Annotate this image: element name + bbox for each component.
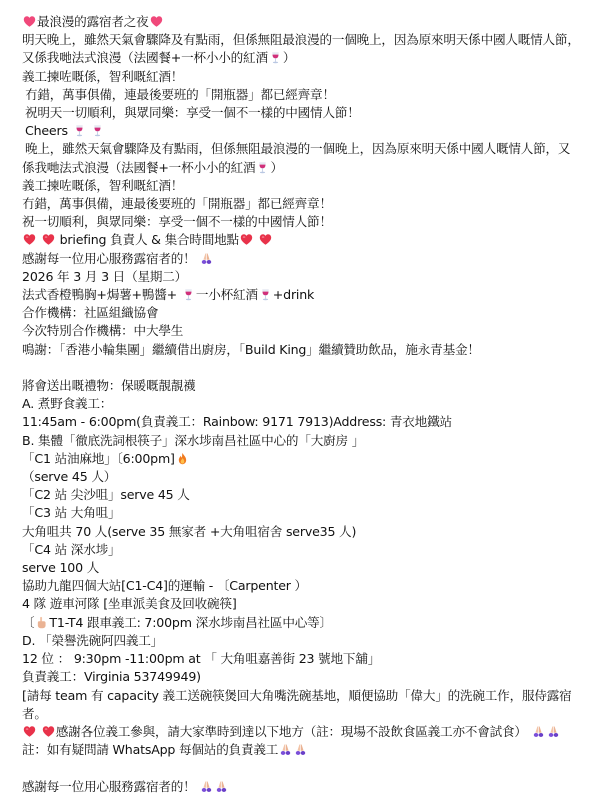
closing-thanks-line: 感謝每一位用心服務露宿者的！ bbox=[22, 778, 602, 796]
line-text: 12 位 ： 9:30pm -11:00pm at 「 大角咀嘉善街 23 號地… bbox=[22, 651, 380, 666]
line-text: 義工揀咗嘅係，智利嘅紅酒！ bbox=[22, 69, 183, 84]
pointing-hand-icon bbox=[35, 616, 48, 629]
line-text: B. 集體「徹底洗詞根筷子」深水埗南昌社區中心的「大廚房 」 bbox=[22, 433, 364, 448]
station-c4-serve: serve 100 人 bbox=[22, 559, 602, 577]
text-line: 係我哋法式浪漫（法國餐+一杯小小的紅酒） bbox=[22, 159, 602, 177]
text-line: 義工揀咗嘅係，智利嘅紅酒！ bbox=[22, 68, 602, 86]
line-text: 大角咀共 70 人(serve 35 無家者 +大角咀宿舍 serve35 人) bbox=[22, 524, 356, 539]
station-c3-serve: 大角咀共 70 人(serve 35 無家者 +大角咀宿舍 serve35 人) bbox=[22, 523, 602, 541]
section-d-heading: D. 「榮譽洗碗阿四義工」 bbox=[22, 632, 602, 650]
text-line: 冇錯，萬事俱備，連最後要班的「開瓶器」都已經齊章！ bbox=[22, 195, 602, 213]
line-text: 明天晚上，雖然天氣會驟降及有點雨，但係無阻最浪漫的一個晚上，因為原來明天係中國人… bbox=[22, 32, 580, 47]
line-text: 又係我哋法式浪漫（法國餐+一杯小小的紅酒 bbox=[22, 50, 268, 65]
line-suffix: ） bbox=[270, 160, 282, 175]
line-text: 義工揀咗嘅係，智利嘅紅酒！ bbox=[22, 178, 183, 193]
line-text: 負責義工：Virginia 53749949) bbox=[22, 669, 201, 684]
station-c1: 「C1 站油麻地」〔6:00pm] bbox=[22, 450, 602, 468]
line-text: 感謝每一位用心服務露宿者的！ bbox=[22, 251, 196, 266]
transport-line: 協助九龍四個大站[C1-C4]的運輸 - 〔Carpenter ） bbox=[22, 577, 602, 595]
wine-glass-icon bbox=[182, 288, 195, 301]
section-b-heading: B. 集體「徹底洗詞根筷子」深水埗南昌社區中心的「大廚房 」 bbox=[22, 432, 602, 450]
line-text: 協助九龍四個大站[C1-C4]的運輸 - 〔Carpenter ） bbox=[22, 578, 307, 593]
line-text: 4 隊 遊車河隊 [坐車派美食及回收碗筷] bbox=[22, 596, 237, 611]
wine-glass-icon bbox=[73, 124, 86, 137]
line-text: 「C1 站油麻地」〔6:00pm] bbox=[22, 451, 175, 466]
menu-text: 一小杯紅酒 bbox=[196, 287, 258, 302]
date-line: 2026 年 3 月 3 日（星期二） bbox=[22, 268, 602, 286]
line-text: A. 煮野食義工： bbox=[22, 396, 112, 411]
partner-line: 合作機構：社區組織協會 bbox=[22, 304, 602, 322]
fire-icon bbox=[176, 452, 189, 465]
folded-hands-icon bbox=[215, 780, 228, 793]
line-text: （serve 45 人） bbox=[22, 469, 116, 484]
line-text: 晚上，雖然天氣會驟降及有點雨，但係無阻最浪漫的一個晚上，因為原來明天係中國人嘅情… bbox=[25, 141, 570, 156]
post-title: 最浪漫的露宿者之夜 bbox=[22, 13, 602, 31]
line-text: 「C4 站 深水埗」 bbox=[22, 542, 120, 557]
folded-hands-icon bbox=[200, 252, 213, 265]
text-line: 晚上，雖然天氣會驟降及有點雨，但係無阻最浪漫的一個晚上，因為原來明天係中國人嘅情… bbox=[22, 140, 602, 158]
section-d-contact: 負責義工：Virginia 53749949) bbox=[22, 668, 602, 686]
section-a-detail: 11:45am - 6:00pm(負責義工：Rainbow: 9171 7913… bbox=[22, 413, 602, 431]
heart-icon bbox=[42, 725, 55, 738]
menu-text: +drink bbox=[273, 287, 314, 302]
folded-hands-icon bbox=[547, 725, 560, 738]
gift-line: 將會送出嘅禮物：保暖嘅靚靚襪 bbox=[22, 377, 602, 395]
post-title-text: 最浪漫的露宿者之夜 bbox=[37, 14, 149, 29]
wine-glass-icon bbox=[269, 51, 282, 64]
thanks-line: 感謝每一位用心服務露宿者的！ bbox=[22, 250, 602, 268]
line-prefix: 〔 bbox=[22, 615, 34, 630]
line-text: 合作機構：社區組織協會 bbox=[22, 305, 158, 320]
menu-line: 法式香橙鴨胸+焗薯+鴨醬+ 一小杯紅酒+drink bbox=[22, 286, 602, 304]
folded-hands-icon bbox=[294, 743, 307, 756]
station-c1-serve: （serve 45 人） bbox=[22, 468, 602, 486]
section-d-detail: 12 位 ： 9:30pm -11:00pm at 「 大角咀嘉善街 23 號地… bbox=[22, 650, 602, 668]
text-line: 祝明天一切順利，與眾同樂：享受一個不一樣的中國情人節！ bbox=[22, 104, 602, 122]
heart-icon bbox=[240, 233, 253, 246]
station-c2: 「C2 站 尖沙咀」serve 45 人 bbox=[22, 486, 602, 504]
line-text: briefing 負責人 & 集合時間地點 bbox=[60, 232, 239, 247]
wine-glass-icon bbox=[259, 288, 272, 301]
section-a-heading: A. 煮野食義工： bbox=[22, 395, 602, 413]
heart-icon bbox=[23, 15, 36, 28]
text-line: 又係我哋法式浪漫（法國餐+一杯小小的紅酒） bbox=[22, 49, 602, 67]
menu-text: 法式香橙鴨胸+焗薯+鴨醬+ bbox=[22, 287, 177, 302]
blank-line bbox=[22, 759, 602, 777]
station-c4: 「C4 站 深水埗」 bbox=[22, 541, 602, 559]
special-partner-line: 今次特別合作機構：中大學生 bbox=[22, 322, 602, 340]
cheers-line: Cheers bbox=[22, 122, 602, 140]
line-text: 將會送出嘅禮物：保暖嘅靚靚襪 bbox=[22, 378, 196, 393]
line-text: serve 100 人 bbox=[22, 560, 99, 575]
escort-line: 〔T1-T4 跟車義工: 7:00pm 深水埗南昌社區中心等〕 bbox=[22, 614, 602, 632]
blank-line bbox=[22, 359, 602, 377]
wine-glass-icon bbox=[91, 124, 104, 137]
wine-glass-icon bbox=[256, 161, 269, 174]
heart-icon bbox=[42, 233, 55, 246]
heart-icon bbox=[150, 15, 163, 28]
line-text: 祝明天一切順利，與眾同樂：享受一個不一樣的中國情人節！ bbox=[25, 105, 360, 120]
event-date: 2026 年 3 月 3 日（星期二） bbox=[22, 269, 187, 284]
line-text: 鳴謝：「香港小輪集團」繼續借出廚房，「Build King」繼續贊助飲品，施永青… bbox=[22, 342, 480, 357]
team-line: 4 隊 遊車河隊 [坐車派美食及回收碗筷] bbox=[22, 595, 602, 613]
heart-icon bbox=[23, 725, 36, 738]
line-text: 冇錯，萬事俱備，連最後要班的「開瓶器」都已經齊章！ bbox=[22, 196, 332, 211]
volunteer-thanks-line: 感謝各位義工參與，請大家準時到達以下地方（註：現場不設飲食區義工亦不會試食） bbox=[22, 723, 602, 741]
folded-hands-icon bbox=[279, 743, 292, 756]
line-text: Cheers bbox=[25, 123, 68, 138]
line-text: [請每 team 有 capacity 義工送碗筷煲回大角嘴洗碗基地，順便協助「… bbox=[22, 688, 572, 721]
briefing-line: briefing 負責人 & 集合時間地點 bbox=[22, 231, 602, 249]
line-suffix: ） bbox=[283, 50, 295, 65]
station-c3: 「C3 站 大角咀」 bbox=[22, 504, 602, 522]
text-line: 義工揀咗嘅係，智利嘅紅酒！ bbox=[22, 177, 602, 195]
line-text: D. 「榮譽洗碗阿四義工」 bbox=[22, 633, 163, 648]
line-text: 11:45am - 6:00pm(負責義工：Rainbow: 9171 7913… bbox=[22, 414, 452, 429]
text-line: 明天晚上，雖然天氣會驟降及有點雨，但係無阻最浪漫的一個晚上，因為原來明天係中國人… bbox=[22, 31, 602, 49]
line-text: T1-T4 跟車義工: 7:00pm 深水埗南昌社區中心等〕 bbox=[49, 615, 332, 630]
line-text: 「C3 站 大角咀」 bbox=[22, 505, 120, 520]
heart-icon bbox=[23, 233, 36, 246]
text-line: 冇錯，萬事俱備，連最後要班的「開瓶器」都已經齊章！ bbox=[22, 86, 602, 104]
dishwashing-note: [請每 team 有 capacity 義工送碗筷煲回大角嘴洗碗基地，順便協助「… bbox=[22, 687, 582, 723]
acknowledgement-line: 鳴謝：「香港小輪集團」繼續借出廚房，「Build King」繼續贊助飲品，施永青… bbox=[22, 341, 602, 359]
line-text: 今次特別合作機構：中大學生 bbox=[22, 323, 183, 338]
folded-hands-icon bbox=[200, 780, 213, 793]
line-text: 感謝每一位用心服務露宿者的！ bbox=[22, 779, 196, 794]
text-line: 祝一切順利，與眾同樂：享受一個不一樣的中國情人節！ bbox=[22, 213, 602, 231]
line-text: 冇錯，萬事俱備，連最後要班的「開瓶器」都已經齊章！ bbox=[25, 87, 335, 102]
line-text: 感謝各位義工參與，請大家準時到達以下地方（註：現場不設飲食區義工亦不會試食） bbox=[56, 724, 527, 739]
line-text: 註：如有疑問請 WhatsApp 每個站的負責義工 bbox=[22, 742, 278, 757]
line-text: 「C2 站 尖沙咀」serve 45 人 bbox=[22, 487, 190, 502]
line-text: 係我哋法式浪漫（法國餐+一杯小小的紅酒 bbox=[22, 160, 255, 175]
heart-icon bbox=[259, 233, 272, 246]
whatsapp-note: 註：如有疑問請 WhatsApp 每個站的負責義工 bbox=[22, 741, 602, 759]
line-text: 祝一切順利，與眾同樂：享受一個不一樣的中國情人節！ bbox=[22, 214, 332, 229]
folded-hands-icon bbox=[532, 725, 545, 738]
post-body: 最浪漫的露宿者之夜 明天晚上，雖然天氣會驟降及有點雨，但係無阻最浪漫的一個晚上，… bbox=[22, 13, 602, 795]
